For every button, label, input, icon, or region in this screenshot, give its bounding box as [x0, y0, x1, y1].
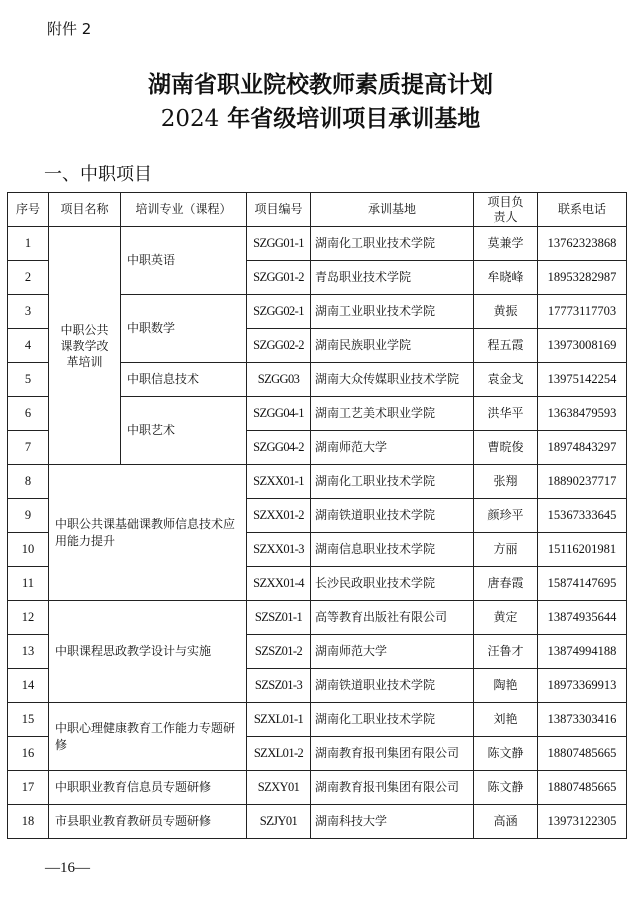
project-name-cell: 中职公共课教学改革培训: [49, 227, 121, 465]
row-project-code: SZSZ01-2: [247, 635, 311, 669]
row-leader: 黄振: [474, 295, 538, 329]
row-leader: 陶艳: [474, 669, 538, 703]
major-cell: 中职信息技术: [121, 363, 247, 397]
row-seq: 7: [8, 431, 49, 465]
row-phone: 13973122305: [538, 805, 627, 839]
row-seq: 3: [8, 295, 49, 329]
project-name-cell: 中职职业教育信息员专题研修: [49, 771, 247, 805]
row-training-base: 长沙民政职业技术学院: [311, 567, 474, 601]
row-training-base: 湖南工业职业技术学院: [311, 295, 474, 329]
major-cell: 中职艺术: [121, 397, 247, 465]
row-project-code: SZGG03: [247, 363, 311, 397]
row-training-base: 湖南铁道职业技术学院: [311, 499, 474, 533]
row-training-base: 湖南科技大学: [311, 805, 474, 839]
project-name-cell: 中职课程思政教学设计与实施: [49, 601, 247, 703]
attachment-label: 附件 2: [47, 18, 91, 39]
row-seq: 14: [8, 669, 49, 703]
section-heading: 一、中职项目: [44, 160, 152, 186]
row-phone: 15367333645: [538, 499, 627, 533]
row-training-base: 湖南民族职业学院: [311, 329, 474, 363]
row-project-code: SZGG01-2: [247, 261, 311, 295]
row-leader: 黄定: [474, 601, 538, 635]
project-name-cell: 中职心理健康教育工作能力专题研修: [49, 703, 247, 771]
row-project-code: SZXX01-2: [247, 499, 311, 533]
row-leader: 方丽: [474, 533, 538, 567]
document-title-line-1: 湖南省职业院校教师素质提高计划: [0, 66, 641, 99]
row-seq: 5: [8, 363, 49, 397]
table-row: 1中职公共课教学改革培训中职英语SZGG01-1湖南化工职业技术学院莫兼学137…: [8, 227, 627, 261]
row-leader: 牟晓峰: [474, 261, 538, 295]
row-phone: 13975142254: [538, 363, 627, 397]
row-seq: 4: [8, 329, 49, 363]
title-year: 2024: [161, 106, 220, 132]
row-project-code: SZXX01-1: [247, 465, 311, 499]
table-row: 17中职职业教育信息员专题研修SZXY01湖南教育报刊集团有限公司陈文静1880…: [8, 771, 627, 805]
row-training-base: 湖南铁道职业技术学院: [311, 669, 474, 703]
row-phone: 18974843297: [538, 431, 627, 465]
row-phone: 18953282987: [538, 261, 627, 295]
row-training-base: 湖南师范大学: [311, 635, 474, 669]
row-project-code: SZXL01-1: [247, 703, 311, 737]
table-row: 8中职公共课基础课教师信息技术应用能力提升SZXX01-1湖南化工职业技术学院张…: [8, 465, 627, 499]
row-project-code: SZGG04-1: [247, 397, 311, 431]
row-leader: 程五霞: [474, 329, 538, 363]
row-seq: 8: [8, 465, 49, 499]
row-phone: 13874994188: [538, 635, 627, 669]
project-name-cell: 中职公共课基础课教师信息技术应用能力提升: [49, 465, 247, 601]
major-cell: 中职数学: [121, 295, 247, 363]
row-leader: 莫兼学: [474, 227, 538, 261]
row-training-base: 湖南教育报刊集团有限公司: [311, 737, 474, 771]
row-phone: 18973369913: [538, 669, 627, 703]
header-phone: 联系电话: [538, 193, 627, 227]
row-phone: 17773117703: [538, 295, 627, 329]
row-phone: 13873303416: [538, 703, 627, 737]
title-rest: 年省级培训项目承训基地: [219, 105, 480, 132]
row-training-base: 湖南信息职业技术学院: [311, 533, 474, 567]
row-seq: 6: [8, 397, 49, 431]
row-project-code: SZXY01: [247, 771, 311, 805]
row-training-base: 湖南化工职业技术学院: [311, 227, 474, 261]
row-project-code: SZGG04-2: [247, 431, 311, 465]
project-name-cell: 市县职业教育教研员专题研修: [49, 805, 247, 839]
header-leader: 项目负责人: [474, 193, 538, 227]
header-project-name: 项目名称: [49, 193, 121, 227]
row-seq: 10: [8, 533, 49, 567]
row-leader: 袁金戈: [474, 363, 538, 397]
row-training-base: 湖南大众传媒职业技术学院: [311, 363, 474, 397]
table-row: 15中职心理健康教育工作能力专题研修SZXL01-1湖南化工职业技术学院刘艳13…: [8, 703, 627, 737]
header-training-base: 承训基地: [311, 193, 474, 227]
row-training-base: 湖南化工职业技术学院: [311, 465, 474, 499]
row-leader: 唐春霞: [474, 567, 538, 601]
row-seq: 9: [8, 499, 49, 533]
row-phone: 18807485665: [538, 771, 627, 805]
row-project-code: SZSZ01-1: [247, 601, 311, 635]
row-seq: 1: [8, 227, 49, 261]
row-project-code: SZGG02-1: [247, 295, 311, 329]
row-leader: 张翔: [474, 465, 538, 499]
row-seq: 15: [8, 703, 49, 737]
training-base-table: 序号 项目名称 培训专业（课程） 项目编号 承训基地 项目负责人 联系电话 1中…: [7, 192, 627, 839]
row-training-base: 湖南师范大学: [311, 431, 474, 465]
header-project-code: 项目编号: [247, 193, 311, 227]
row-training-base: 湖南教育报刊集团有限公司: [311, 771, 474, 805]
page-number: —16—: [45, 860, 90, 877]
row-training-base: 湖南工艺美术职业学院: [311, 397, 474, 431]
row-leader: 洪华平: [474, 397, 538, 431]
row-seq: 16: [8, 737, 49, 771]
row-training-base: 湖南化工职业技术学院: [311, 703, 474, 737]
row-leader: 刘艳: [474, 703, 538, 737]
row-seq: 11: [8, 567, 49, 601]
row-leader: 曹晥俊: [474, 431, 538, 465]
header-seq: 序号: [8, 193, 49, 227]
row-phone: 13762323868: [538, 227, 627, 261]
table-row: 18市县职业教育教研员专题研修SZJY01湖南科技大学高涵13973122305: [8, 805, 627, 839]
row-leader: 陈文静: [474, 737, 538, 771]
table-row: 12中职课程思政教学设计与实施SZSZ01-1高等教育出版社有限公司黄定1387…: [8, 601, 627, 635]
row-seq: 17: [8, 771, 49, 805]
row-project-code: SZGG02-2: [247, 329, 311, 363]
row-project-code: SZXX01-4: [247, 567, 311, 601]
header-major: 培训专业（课程）: [121, 193, 247, 227]
row-project-code: SZXX01-3: [247, 533, 311, 567]
row-phone: 15116201981: [538, 533, 627, 567]
row-phone: 18890237717: [538, 465, 627, 499]
major-cell: 中职英语: [121, 227, 247, 295]
row-phone: 13973008169: [538, 329, 627, 363]
row-project-code: SZGG01-1: [247, 227, 311, 261]
row-phone: 13874935644: [538, 601, 627, 635]
document-title-line-2: 2024 年省级培训项目承训基地: [0, 100, 641, 133]
row-training-base: 青岛职业技术学院: [311, 261, 474, 295]
row-seq: 2: [8, 261, 49, 295]
row-training-base: 高等教育出版社有限公司: [311, 601, 474, 635]
row-leader: 高涵: [474, 805, 538, 839]
row-leader: 颜珍平: [474, 499, 538, 533]
row-project-code: SZXL01-2: [247, 737, 311, 771]
row-phone: 13638479593: [538, 397, 627, 431]
row-seq: 12: [8, 601, 49, 635]
row-leader: 陈文静: [474, 771, 538, 805]
row-leader: 汪鲁才: [474, 635, 538, 669]
row-project-code: SZJY01: [247, 805, 311, 839]
row-phone: 15874147695: [538, 567, 627, 601]
row-project-code: SZSZ01-3: [247, 669, 311, 703]
row-seq: 18: [8, 805, 49, 839]
table-header-row: 序号 项目名称 培训专业（课程） 项目编号 承训基地 项目负责人 联系电话: [8, 193, 627, 227]
row-seq: 13: [8, 635, 49, 669]
row-phone: 18807485665: [538, 737, 627, 771]
